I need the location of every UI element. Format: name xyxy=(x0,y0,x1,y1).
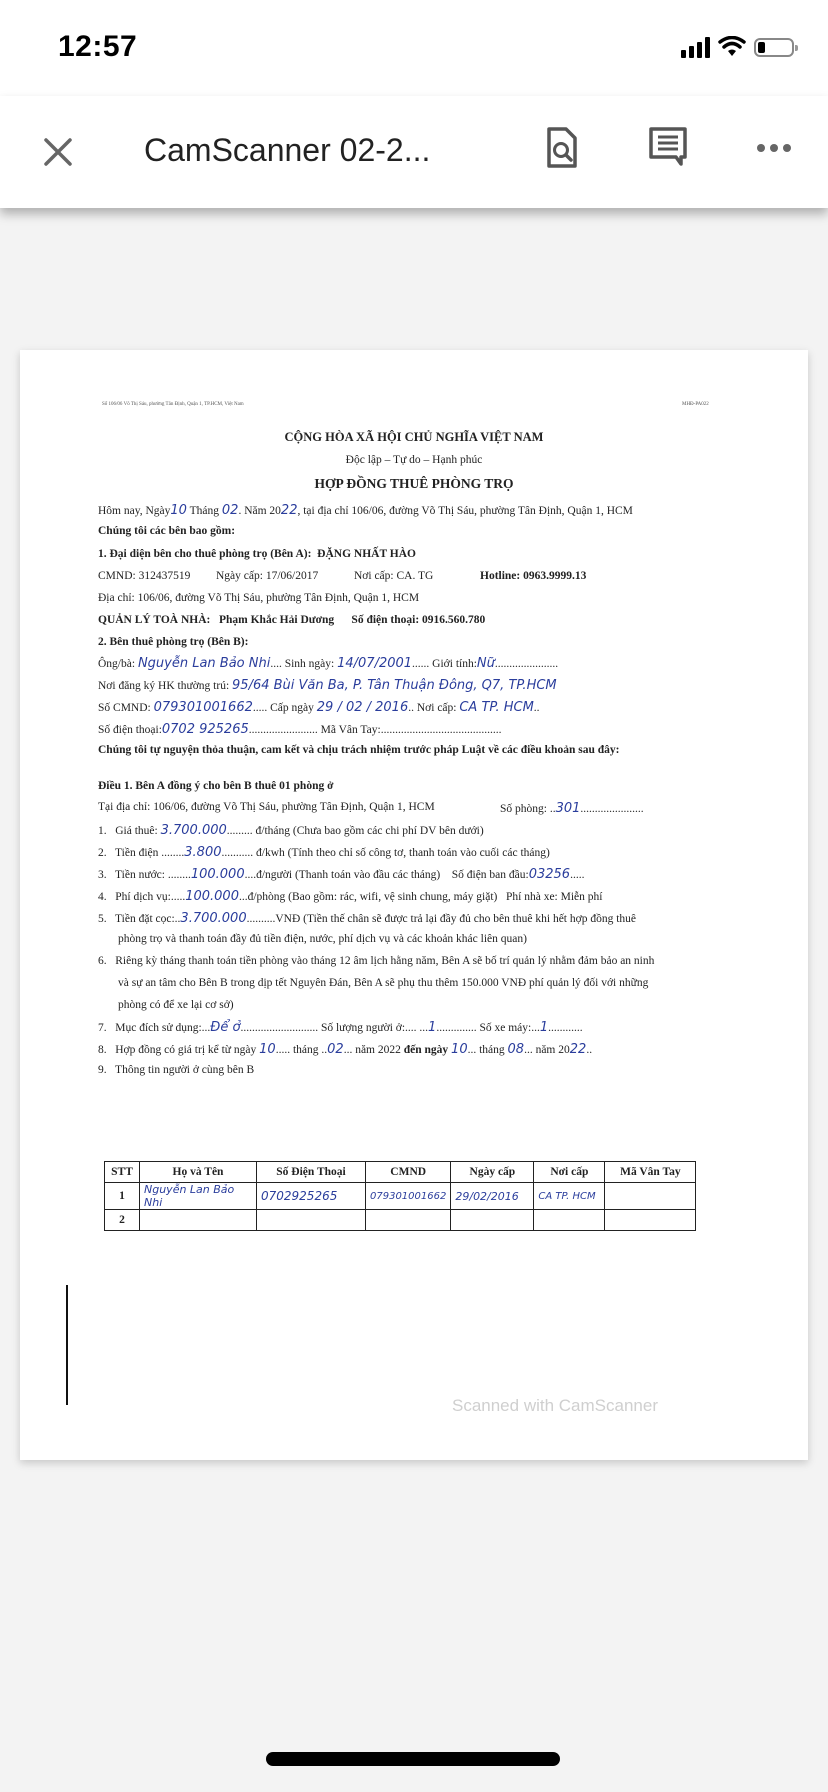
battery-icon xyxy=(754,38,794,57)
intro-line: Hôm nay, Ngày10 Tháng 02. Năm 2022, tại … xyxy=(98,503,633,518)
scan-edge-line xyxy=(66,1285,68,1405)
party-b-heading: 2. Bên thuê phòng trọ (Bên B): xyxy=(98,636,248,648)
party-a-heading: 1. Đại diện bên cho thuê phòng trọ (Bên … xyxy=(98,548,416,560)
item-deposit-cont: phòng trọ và thanh toán đầy đủ tiền điện… xyxy=(118,933,527,945)
item-tet-fee-cont2: phòng có để xe lại cơ sở) xyxy=(118,999,234,1011)
comment-icon[interactable] xyxy=(648,126,688,170)
table-row: 1 Nguyễn Lan Bảo Nhi 0702925265 07930100… xyxy=(105,1183,696,1210)
party-a-issue-date: Ngày cấp: 17/06/2017 xyxy=(216,570,318,582)
item-rent: 1. Giá thuê: 3.700.000......... đ/tháng … xyxy=(98,823,484,838)
document-search-icon[interactable] xyxy=(545,126,579,170)
party-a-address: Địa chỉ: 106/06, đường Võ Thị Sáu, phườn… xyxy=(98,592,419,604)
party-b-residence: Nơi đăng ký HK thường trú: 95/64 Bùi Văn… xyxy=(98,678,557,693)
form-code: MHĐ-PA022 xyxy=(682,402,709,407)
article1-address: Tại địa chỉ: 106/06, đường Võ Thị Sáu, p… xyxy=(98,801,435,813)
item-service: 4. Phí dịch vụ:.....100.000...đ/phòng (B… xyxy=(98,889,602,904)
toolbar: CamScanner 02-2... xyxy=(0,96,828,208)
wifi-icon xyxy=(718,36,746,58)
table-header-row: STT Họ và Tên Số Điện Thoại CMND Ngày cấ… xyxy=(105,1162,696,1183)
party-a-cmnd: CMND: 312437519 xyxy=(98,570,190,582)
document-page: Số 106/06 Võ Thị Sáu, phường Tân Định, Q… xyxy=(20,350,808,1460)
more-icon[interactable] xyxy=(756,142,792,154)
item-validity: 8. Hợp đồng có giá trị kể từ ngày 10....… xyxy=(98,1042,592,1057)
item-water: 3. Tiền nước: ........100.000....đ/người… xyxy=(98,867,584,882)
home-indicator[interactable] xyxy=(266,1752,560,1766)
party-a-issue-place: Nơi cấp: CA. TG xyxy=(354,570,433,582)
party-a-hotline: Hotline: 0963.9999.13 xyxy=(480,570,586,582)
motto: Độc lập – Tự do – Hạnh phúc xyxy=(20,454,808,466)
header-address: Số 106/06 Võ Thị Sáu, phường Tân Định, Q… xyxy=(102,402,244,407)
party-b-name-line: Ông/bà: Nguyễn Lan Bảo Nhi.... Sinh ngày… xyxy=(98,656,558,671)
cotenant-table: STT Họ và Tên Số Điện Thoại CMND Ngày cấ… xyxy=(104,1161,696,1231)
item-cotenants: 9. Thông tin người ở cùng bên B xyxy=(98,1064,254,1076)
item-tet-fee: 6. Riêng kỳ tháng thanh toán tiền phòng … xyxy=(98,955,654,967)
status-bar: 12:57 xyxy=(0,0,828,96)
table-row: 2 xyxy=(105,1210,696,1231)
item-electricity: 2. Tiền điện ........3.800........... đ/… xyxy=(98,845,550,860)
contract-title: HỢP ĐỒNG THUÊ PHÒNG TRỌ xyxy=(20,476,808,492)
watermark: Scanned with CamScanner xyxy=(452,1396,658,1416)
parties-heading: Chúng tôi các bên bao gồm: xyxy=(98,525,235,537)
item-purpose: 7. Mục đích sử dụng:...Để ở.............… xyxy=(98,1020,583,1035)
signal-icon xyxy=(681,36,710,58)
party-b-cmnd-line: Số CMND: 079301001662..... Cấp ngày 29 /… xyxy=(98,700,540,715)
clock: 12:57 xyxy=(58,30,137,64)
party-b-phone-line: Số điện thoại:0702 925265...............… xyxy=(98,722,501,737)
room-number: Số phòng: ..301...................... xyxy=(500,801,644,816)
agreement-line: Chúng tôi tự nguyện thỏa thuận, cam kết … xyxy=(98,744,619,756)
item-deposit: 5. Tiền đặt cọc:..3.700.000..........VNĐ… xyxy=(98,911,636,926)
article1-heading: Điều 1. Bên A đồng ý cho bên B thuê 01 p… xyxy=(98,780,333,792)
document-title: CamScanner 02-2... xyxy=(144,132,430,169)
national-title: CỘNG HÒA XÃ HỘI CHỦ NGHĨA VIỆT NAM xyxy=(20,430,808,445)
item-tet-fee-cont: và sự an tâm cho Bên B trong dịp tết Ngu… xyxy=(118,977,648,989)
close-icon[interactable] xyxy=(38,132,78,172)
manager-line: QUẢN LÝ TOÀ NHÀ: Phạm Khắc Hải Dương Số … xyxy=(98,614,485,626)
